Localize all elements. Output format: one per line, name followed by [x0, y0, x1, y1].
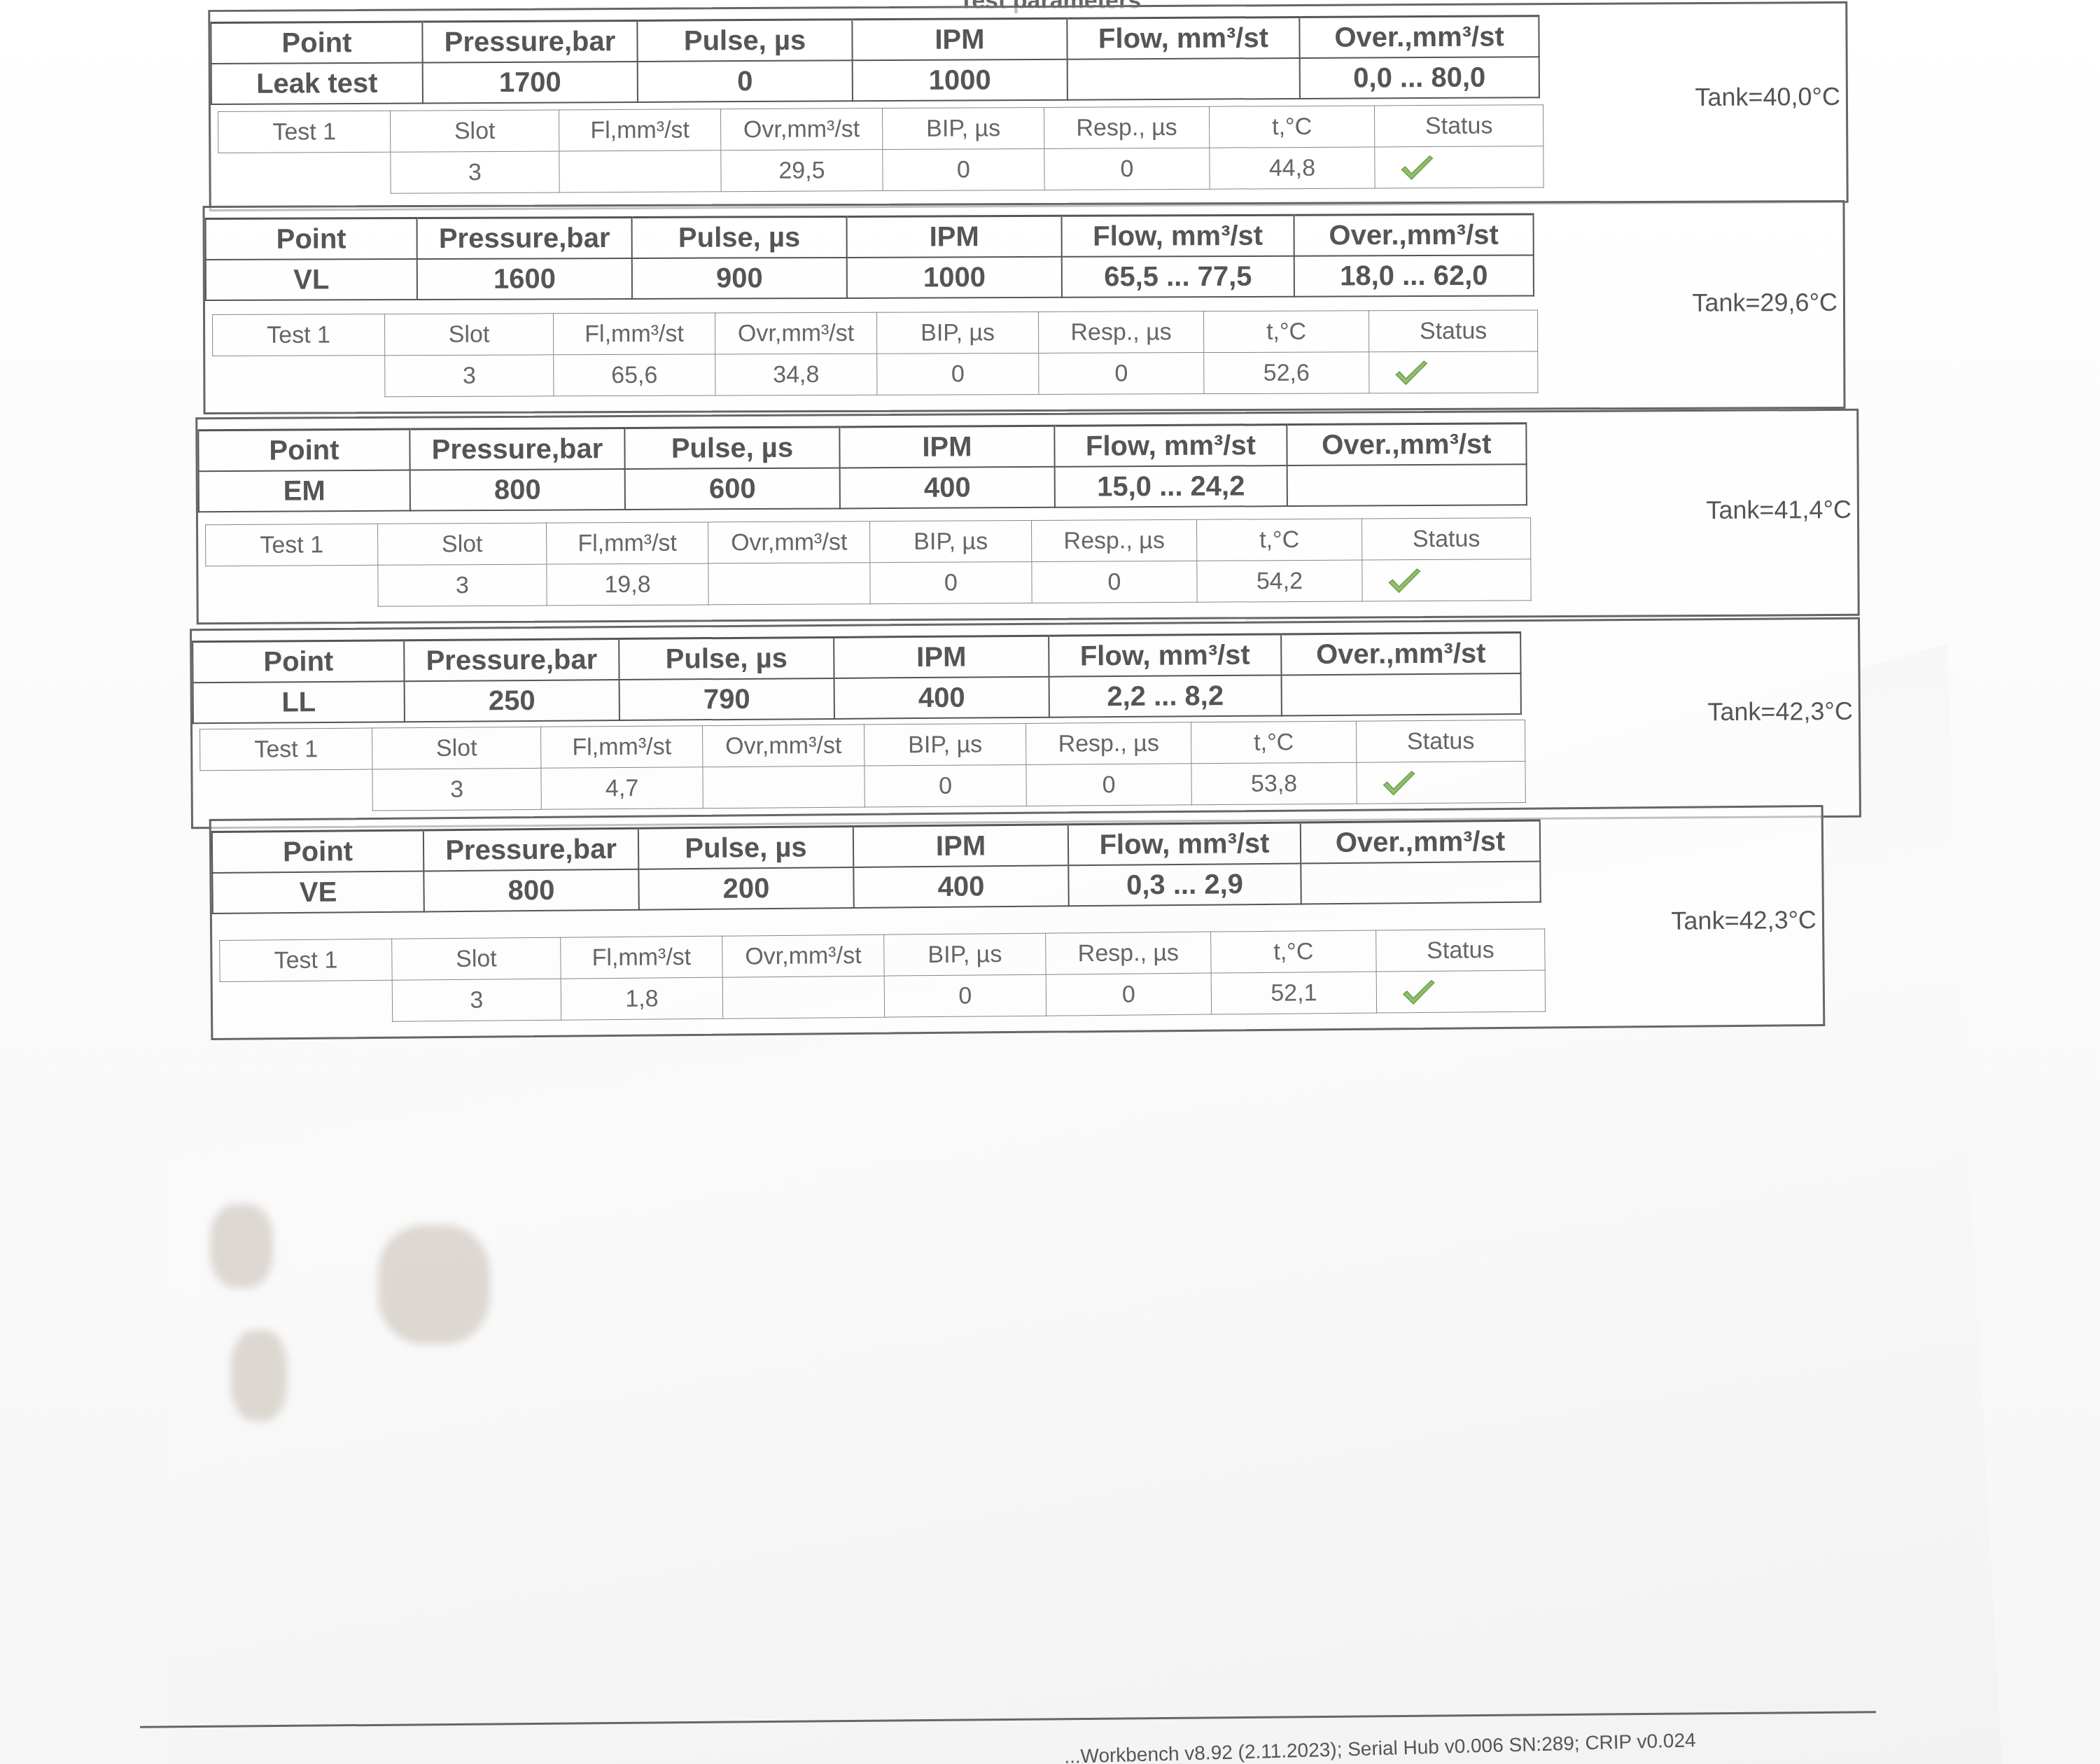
header-fl: Fl,mm³/st — [554, 313, 715, 355]
header-temp: t,°C — [1191, 721, 1356, 764]
flow-range: 0,3 ... 2,9 — [1068, 863, 1301, 906]
ovr-value: 34,8 — [715, 353, 877, 395]
header-ovr: Ovr,mm³/st — [721, 108, 883, 150]
check-icon — [1393, 358, 1429, 386]
ipm-value: 400 — [834, 677, 1049, 719]
pressure-value: 800 — [423, 869, 638, 912]
header-resp: Resp., µs — [1046, 932, 1212, 974]
tank-temperature: Tank=42,3°C — [1671, 905, 1816, 936]
flow-range: 65,5 ... 77,5 — [1062, 256, 1294, 297]
header-resp: Resp., µs — [1026, 722, 1191, 765]
resp-value: 0 — [1039, 353, 1204, 395]
point-parameters-table: Point Pressure,bar Pulse, µs IPM Flow, m… — [210, 15, 1540, 105]
header-over: Over.,mm³/st — [1287, 423, 1526, 465]
ovr-value — [703, 766, 864, 808]
header-status: Status — [1356, 720, 1525, 763]
ovr-value — [722, 976, 885, 1018]
slot-value: 3 — [372, 768, 541, 811]
flow-range: 15,0 ... 24,2 — [1055, 465, 1287, 507]
status-cell — [1376, 970, 1546, 1013]
header-bip: BIP, µs — [864, 723, 1026, 766]
point-parameters-table: Point Pressure,bar Pulse, µs IPM Flow, m… — [192, 631, 1522, 724]
ipm-value: 400 — [840, 467, 1055, 509]
header-bip: BIP, µs — [884, 933, 1046, 976]
test-header-row: Test 1 Slot Fl,mm³/st Ovr,mm³/st BIP, µs… — [218, 105, 1543, 153]
temp-value: 53,8 — [1191, 762, 1357, 805]
header-point: Point — [211, 22, 422, 64]
slot-value: 3 — [391, 151, 559, 193]
header-flow: Flow, mm³/st — [1067, 17, 1299, 59]
header-ipm: IPM — [847, 216, 1062, 258]
temp-value: 54,2 — [1197, 560, 1362, 602]
header-pulse: Pulse, µs — [632, 216, 847, 258]
test-point-block: Point Pressure,bar Pulse, µs IPM Flow, m… — [208, 1, 1848, 211]
header-ipm: IPM — [839, 426, 1054, 468]
test-point-block: Point Pressure,bar Pulse, µs IPM Flow, m… — [209, 805, 1826, 1040]
header-over: Over.,mm³/st — [1294, 214, 1534, 256]
point-value-row: EM 800 600 400 15,0 ... 24,2 — [199, 464, 1527, 512]
header-pulse: Pulse, µs — [619, 637, 834, 680]
over-range — [1287, 464, 1527, 506]
header-status: Status — [1369, 310, 1538, 352]
test-label: Test 1 — [220, 939, 393, 981]
header-slot: Slot — [372, 727, 541, 769]
bip-value: 0 — [877, 353, 1039, 395]
point-value-row: LL 250 790 400 2,2 ... 8,2 — [193, 673, 1521, 723]
point-parameters-table: Point Pressure,bar Pulse, µs IPM Flow, m… — [197, 422, 1527, 512]
test-label: Test 1 — [213, 314, 385, 356]
fl-value — [559, 150, 721, 192]
header-fl: Fl,mm³/st — [561, 936, 723, 979]
header-point: Point — [192, 640, 404, 683]
point-name: VE — [212, 871, 423, 913]
header-point: Point — [212, 830, 423, 873]
point-header-row: Point Pressure,bar Pulse, µs IPM Flow, m… — [211, 16, 1539, 64]
header-status: Status — [1362, 518, 1531, 560]
point-name: VL — [206, 259, 417, 300]
header-flow: Flow, mm³/st — [1068, 822, 1301, 865]
header-status: Status — [1376, 929, 1546, 972]
header-pressure: Pressure,bar — [404, 639, 619, 682]
test-header-row: Test 1 Slot Fl,mm³/st Ovr,mm³/st BIP, µs… — [206, 518, 1531, 566]
point-name: EM — [199, 470, 410, 512]
fl-value: 1,8 — [561, 977, 723, 1020]
point-parameters-table: Point Pressure,bar Pulse, µs IPM Flow, m… — [205, 213, 1534, 301]
resp-value: 0 — [1044, 148, 1210, 190]
header-ovr: Ovr,mm³/st — [703, 724, 864, 767]
header-temp: t,°C — [1210, 106, 1375, 148]
test-results-table: Test 1 Slot Fl,mm³/st Ovr,mm³/st BIP, µs… — [205, 517, 1532, 608]
header-slot: Slot — [385, 314, 554, 356]
check-icon — [1380, 769, 1417, 797]
bip-value: 0 — [864, 764, 1026, 807]
pulse-value: 600 — [625, 468, 840, 510]
header-ovr: Ovr,mm³/st — [708, 521, 870, 563]
header-pulse: Pulse, µs — [637, 20, 852, 62]
tank-temperature: Tank=29,6°C — [1692, 288, 1837, 318]
header-ovr: Ovr,mm³/st — [715, 312, 877, 354]
header-pressure: Pressure,bar — [422, 20, 637, 62]
spacer-cell — [220, 980, 393, 1023]
test-results-table: Test 1 Slot Fl,mm³/st Ovr,mm³/st BIP, µs… — [218, 104, 1544, 195]
fl-value: 4,7 — [541, 767, 703, 810]
check-icon — [1399, 153, 1435, 181]
header-ipm: IPM — [834, 636, 1049, 678]
header-flow: Flow, mm³/st — [1049, 634, 1281, 677]
header-pulse: Pulse, µs — [638, 827, 853, 869]
header-pressure: Pressure,bar — [417, 217, 632, 259]
test-value-row: 3 29,5 0 0 44,8 — [218, 146, 1543, 195]
slot-value: 3 — [378, 564, 547, 606]
header-bip: BIP, µs — [883, 107, 1044, 149]
resp-value: 0 — [1046, 973, 1212, 1016]
point-value-row: VL 1600 900 1000 65,5 ... 77,5 18,0 ... … — [206, 255, 1534, 300]
header-fl: Fl,mm³/st — [547, 522, 708, 564]
slot-value: 3 — [385, 355, 554, 397]
point-parameters-table: Point Pressure,bar Pulse, µs IPM Flow, m… — [211, 819, 1541, 914]
over-range: 18,0 ... 62,0 — [1294, 255, 1534, 296]
fl-value: 65,6 — [554, 354, 715, 396]
header-temp: t,°C — [1197, 519, 1362, 561]
header-over: Over.,mm³/st — [1301, 820, 1540, 863]
test-point-block: Point Pressure,bar Pulse, µs IPM Flow, m… — [190, 617, 1861, 829]
header-ipm: IPM — [853, 825, 1068, 867]
resp-value: 0 — [1026, 764, 1191, 806]
pulse-value: 900 — [632, 258, 847, 299]
test-results-table: Test 1 Slot Fl,mm³/st Ovr,mm³/st BIP, µs… — [212, 309, 1538, 398]
over-range: 0,0 ... 80,0 — [1300, 57, 1539, 99]
check-icon — [1401, 978, 1437, 1006]
test-label: Test 1 — [206, 524, 378, 566]
pulse-value: 790 — [619, 678, 834, 720]
ipm-value: 1000 — [847, 257, 1062, 298]
header-flow: Flow, mm³/st — [1054, 425, 1287, 467]
bip-value: 0 — [883, 148, 1044, 190]
header-point: Point — [198, 429, 409, 471]
fl-value: 19,8 — [547, 563, 708, 605]
header-over: Over.,mm³/st — [1299, 16, 1539, 58]
header-fl: Fl,mm³/st — [541, 726, 703, 769]
pressure-value: 1700 — [423, 62, 638, 104]
pressure-value: 1600 — [417, 258, 632, 300]
header-fl: Fl,mm³/st — [559, 109, 721, 151]
flow-range — [1067, 58, 1300, 100]
header-resp: Resp., µs — [1044, 106, 1210, 148]
point-header-row: Point Pressure,bar Pulse, µs IPM Flow, m… — [206, 214, 1534, 260]
point-value-row: Leak test 1700 0 1000 0,0 ... 80,0 — [211, 57, 1539, 104]
header-ipm: IPM — [852, 18, 1067, 60]
header-status: Status — [1375, 105, 1543, 147]
status-cell — [1357, 762, 1525, 804]
test-results-table: Test 1 Slot Fl,mm³/st Ovr,mm³/st BIP, µs… — [219, 928, 1546, 1023]
header-flow: Flow, mm³/st — [1062, 215, 1294, 257]
bip-value: 0 — [884, 974, 1046, 1017]
ipm-value: 1000 — [853, 59, 1067, 101]
over-range — [1282, 673, 1521, 715]
test-header-row: Test 1 Slot Fl,mm³/st Ovr,mm³/st BIP, µs… — [213, 310, 1538, 356]
status-cell — [1369, 351, 1538, 393]
spacer-cell — [200, 769, 372, 812]
test-point-block: Point Pressure,bar Pulse, µs IPM Flow, m… — [202, 200, 1845, 414]
test-value-row: 3 65,6 34,8 0 0 52,6 — [213, 351, 1538, 398]
header-bip: BIP, µs — [877, 311, 1039, 353]
ovr-value: 29,5 — [721, 150, 883, 192]
header-bip: BIP, µs — [870, 520, 1032, 562]
header-slot: Slot — [391, 110, 559, 152]
spacer-cell — [206, 565, 378, 607]
test-value-row: 3 4,7 0 0 53,8 — [200, 762, 1525, 812]
test-results-table: Test 1 Slot Fl,mm³/st Ovr,mm³/st BIP, µs… — [199, 720, 1526, 812]
over-range — [1301, 861, 1540, 904]
header-ovr: Ovr,mm³/st — [722, 934, 885, 977]
status-cell — [1362, 559, 1531, 601]
tank-temperature: Tank=41,4°C — [1706, 495, 1851, 525]
header-pressure: Pressure,bar — [409, 428, 624, 470]
spacer-cell — [213, 356, 385, 398]
header-slot: Slot — [392, 937, 561, 980]
header-temp: t,°C — [1211, 930, 1377, 973]
test-label: Test 1 — [200, 728, 372, 771]
test-point-block: Point Pressure,bar Pulse, µs IPM Flow, m… — [195, 409, 1860, 624]
header-resp: Resp., µs — [1032, 519, 1197, 561]
bip-value: 0 — [870, 561, 1032, 603]
check-icon — [1386, 567, 1422, 595]
resp-value: 0 — [1032, 561, 1197, 603]
flow-range: 2,2 ... 8,2 — [1049, 675, 1282, 717]
header-slot: Slot — [378, 523, 547, 565]
header-over: Over.,mm³/st — [1281, 633, 1520, 675]
temp-value: 44,8 — [1210, 147, 1375, 189]
header-point: Point — [206, 218, 417, 260]
test-label: Test 1 — [218, 111, 391, 153]
status-cell — [1375, 146, 1543, 188]
temp-value: 52,6 — [1204, 352, 1369, 394]
point-name: LL — [193, 681, 405, 723]
spacer-cell — [218, 152, 391, 194]
tank-temperature: Tank=40,0°C — [1695, 82, 1840, 112]
stain — [231, 1330, 287, 1421]
test-value-row: 3 19,8 0 0 54,2 — [206, 559, 1531, 608]
pulse-value: 0 — [638, 60, 853, 102]
pressure-value: 800 — [410, 469, 625, 511]
header-pressure: Pressure,bar — [423, 828, 638, 871]
header-pulse: Pulse, µs — [624, 427, 839, 469]
pulse-value: 200 — [638, 867, 853, 910]
point-name: Leak test — [211, 63, 423, 105]
header-temp: t,°C — [1204, 311, 1369, 353]
stain — [378, 1225, 490, 1344]
point-header-row: Point Pressure,bar Pulse, µs IPM Flow, m… — [198, 423, 1526, 471]
stain — [210, 1204, 273, 1288]
temp-value: 52,1 — [1211, 972, 1377, 1014]
header-resp: Resp., µs — [1039, 311, 1204, 353]
ovr-value — [708, 563, 870, 605]
ipm-value: 400 — [853, 865, 1068, 908]
slot-value: 3 — [392, 979, 561, 1021]
pressure-value: 250 — [405, 680, 619, 722]
tank-temperature: Tank=42,3°C — [1707, 696, 1853, 727]
